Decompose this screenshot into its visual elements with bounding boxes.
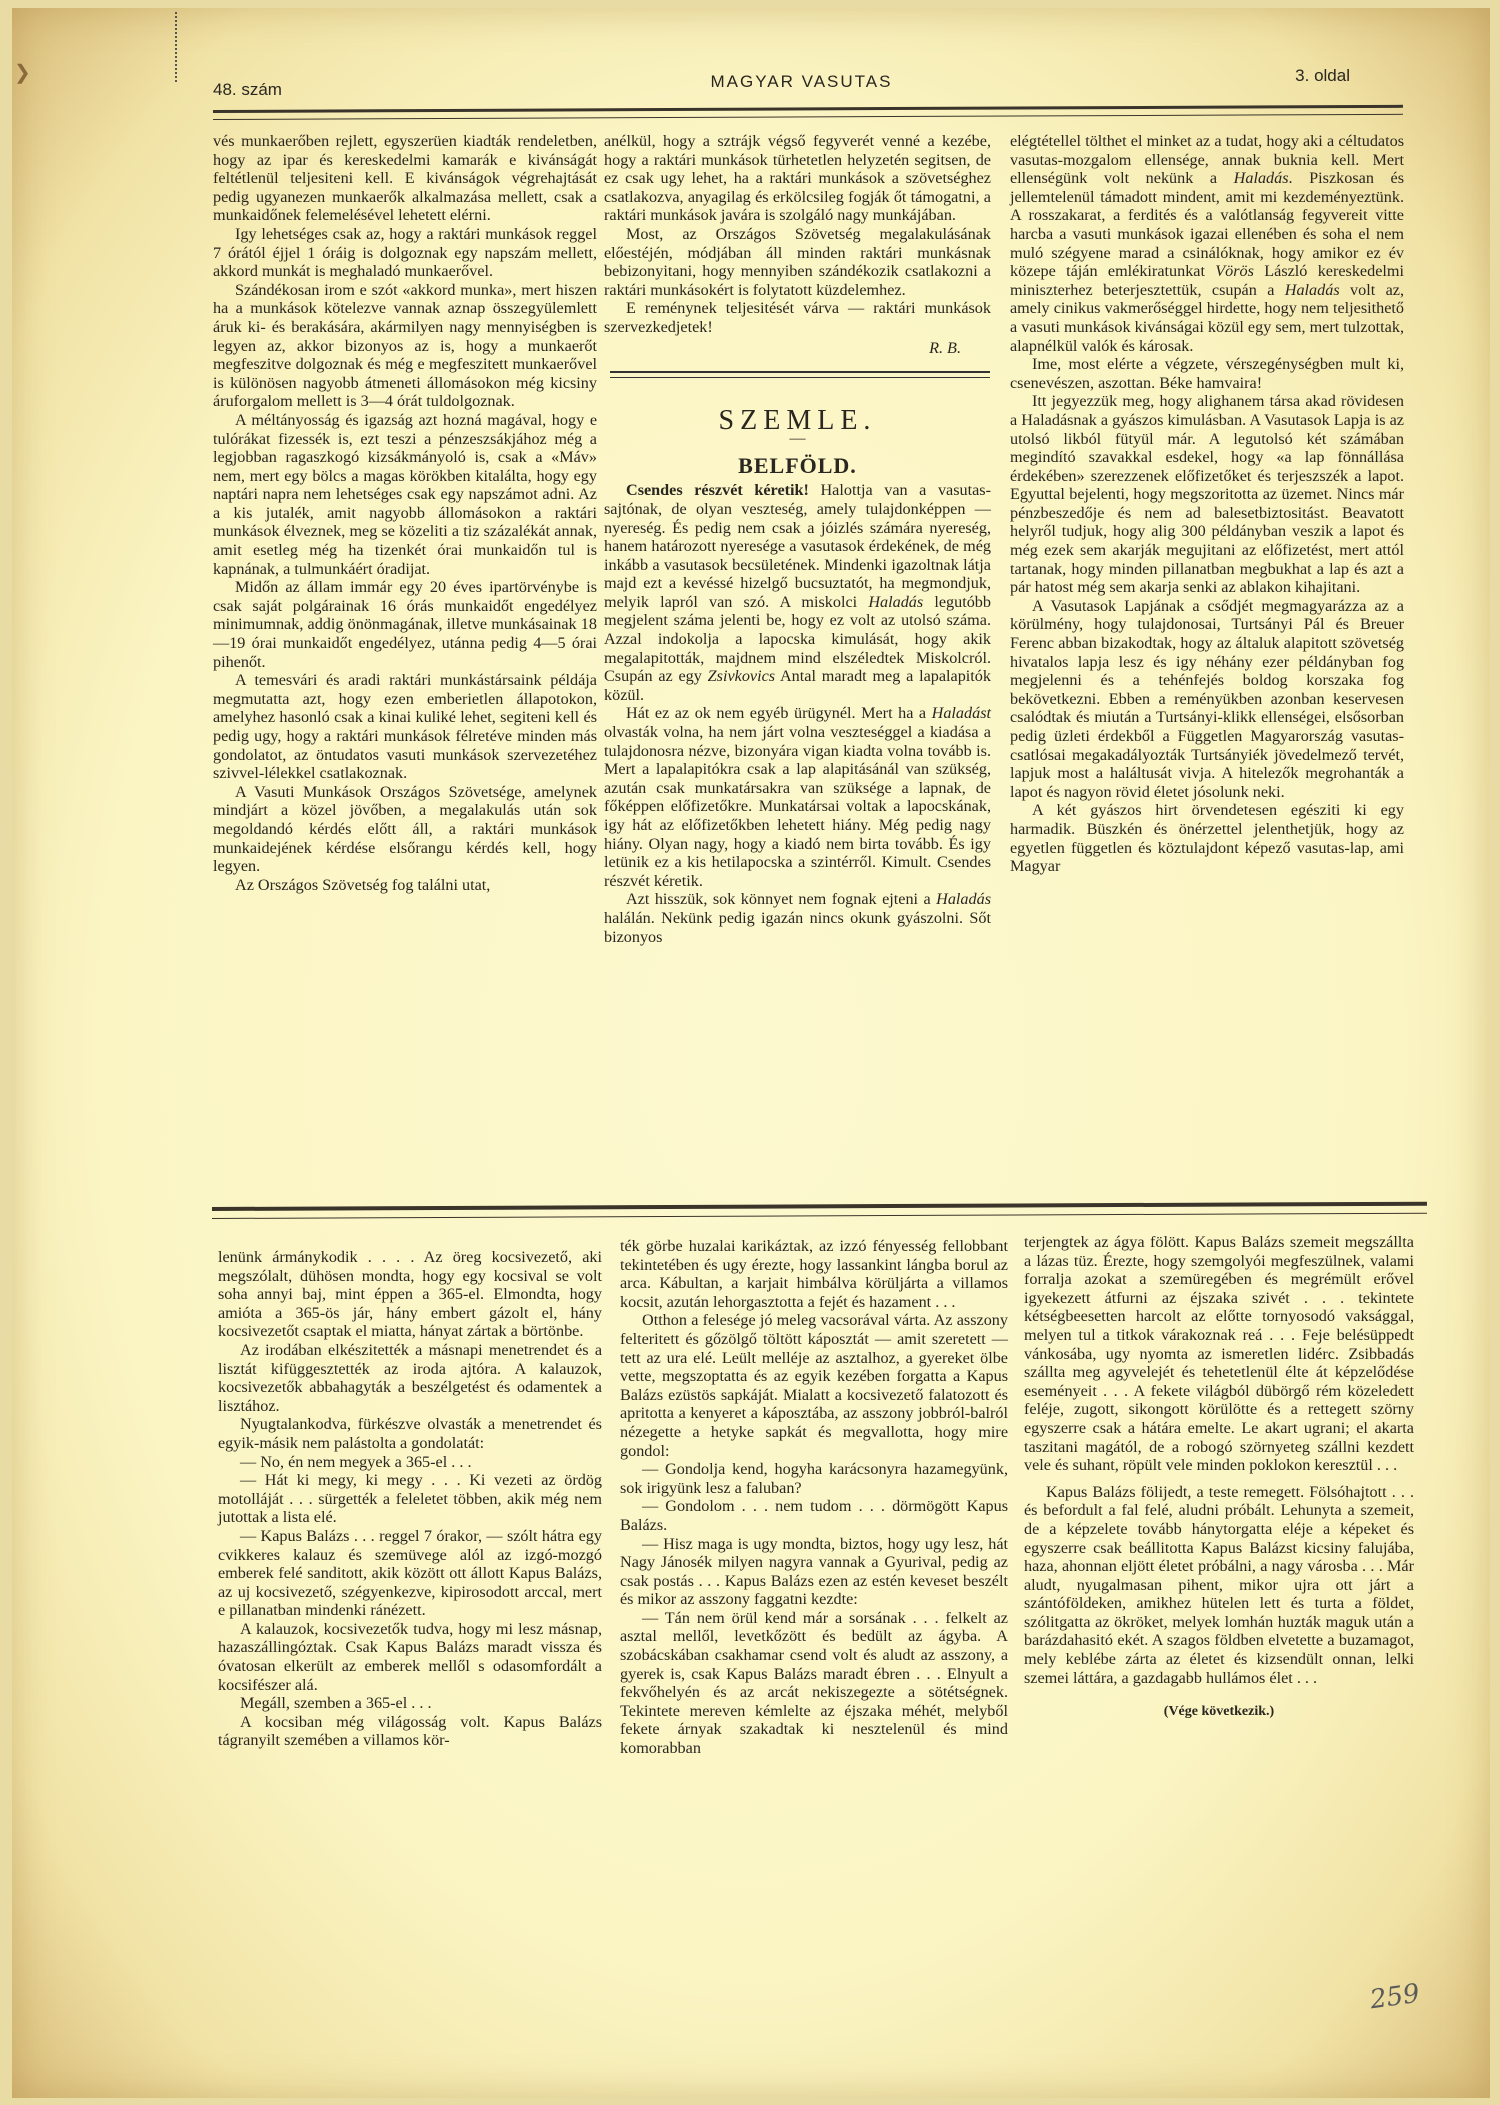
paragraph: Megáll, szemben a 365-el . . . [218,1694,602,1713]
paragraph: lenünk ármánykodik . . . . Az öreg kocsi… [218,1248,602,1341]
paragraph: anélkül, hogy a sztrájk végső fegyverét … [604,132,991,225]
binding-holes [175,12,179,82]
paragraph: Az Országos Szövetség fog találni utat, [213,876,597,895]
dialog-line: — No, én nem megyek a 365-el . . . [218,1453,602,1472]
paragraph: A kalauzok, kocsivezetők tudva, hogy mi … [218,1620,602,1694]
paragraph: E reménynek teljesitését várva — raktári… [604,299,991,336]
paragraph: vés munkaerőben rejlett, egyszerüen kiad… [213,132,597,225]
column-1: vés munkaerőben rejlett, egyszerüen kiad… [213,132,597,894]
paragraph: A két gyászos hirt örvendetesen egésziti… [1010,801,1404,875]
dialog-line: — Hisz maga is ugy mondta, biztos, hogy … [620,1535,1008,1609]
lead-text: Halottja van a vasutas-sajtónak, de olya… [604,481,991,704]
paragraph: A Vasutasok Lapjának a csődjét megmagyar… [1010,597,1404,802]
paragraph: Itt jegyezzük meg, hogy alighanem társa … [1010,392,1404,597]
column-4: lenünk ármánykodik . . . . Az öreg kocsi… [218,1248,602,1750]
paragraph: Szándékosan irom e szót «akkord munka», … [213,281,597,411]
paragraph: Az irodában elkészitették a másnapi mene… [218,1341,602,1415]
dialog-line: — Hát ki megy, ki megy . . . Ki vezeti a… [218,1471,602,1527]
column-2: anélkül, hogy a sztrájk végső fegyverét … [604,132,991,946]
paragraph: Hát ez az ok nem egyéb ürügynél. Mert ha… [604,704,991,890]
lead-heading: Csendes részvét kéretik! [626,481,809,499]
paragraph-lead: Csendes részvét kéretik! Halottja van a … [604,481,991,704]
dialog-line: — Kapus Balázs . . . reggel 7 órakor, — … [218,1527,602,1620]
page-number: 3. oldal [1295,66,1350,86]
paragraph: Most, az Országos Szövetség megalakulásá… [604,225,991,299]
newspaper-title: MAGYAR VASUTAS [213,72,1390,92]
paragraph: Igy lehetséges csak az, hogy a raktári m… [213,225,597,281]
column-3: elégtétellel tölthet el minket az a tuda… [1010,132,1404,876]
page-header: 48. szám MAGYAR VASUTAS 3. oldal [213,62,1390,102]
paragraph: ték görbe huzalai karikáztak, az izzó fé… [620,1237,1008,1311]
paragraph: elégtétellel tölthet el minket az a tuda… [1010,132,1404,355]
column-5: ték görbe huzalai karikáztak, az izzó fé… [620,1237,1008,1758]
section-subtitle: BELFÖLD. [604,457,991,476]
dialog-line: — Gondolja kend, hogyha karácsonyra haza… [620,1460,1008,1497]
paragraph: Kapus Balázs fölijedt, a teste remegett.… [1024,1483,1414,1688]
staple-mark: ❯ [14,60,36,86]
paragraph: A Vasuti Munkások Országos Szövetsége, a… [213,783,597,876]
paragraph: A méltányosság és igazság azt hozná magá… [213,411,597,578]
author-signature: R. B. [604,339,961,358]
paragraph: A kocsiban még világosság volt. Kapus Ba… [218,1713,602,1750]
dialog-line: — Tán nem örül kend már a sorsának . . .… [620,1609,1008,1758]
paragraph: terjengtek az ágya fölött. Kapus Balázs … [1024,1233,1414,1475]
paragraph: A temesvári és aradi raktári munkástársa… [213,671,597,783]
paragraph: Ime, most elérte a végzete, vérszegénysé… [1010,355,1404,392]
section-title: SZEMLE. [604,412,991,431]
dialog-line: — Gondolom . . . nem tudom . . . dörmögö… [620,1497,1008,1534]
paragraph: Midőn az állam immár egy 20 éves ipartör… [213,578,597,671]
to-be-continued: (Vége következik.) [1024,1703,1414,1722]
paragraph: Azt hisszük, sok könnyet nem fognak ejte… [604,890,991,946]
article-separator [610,371,990,378]
paragraph: Otthon a felesége jó meleg vacsorával vá… [620,1311,1008,1460]
column-6: terjengtek az ágya fölött. Kapus Balázs … [1024,1233,1414,1722]
section-dash: — [604,433,991,445]
paragraph: Nyugtalankodva, fürkészve olvasták a men… [218,1415,602,1452]
